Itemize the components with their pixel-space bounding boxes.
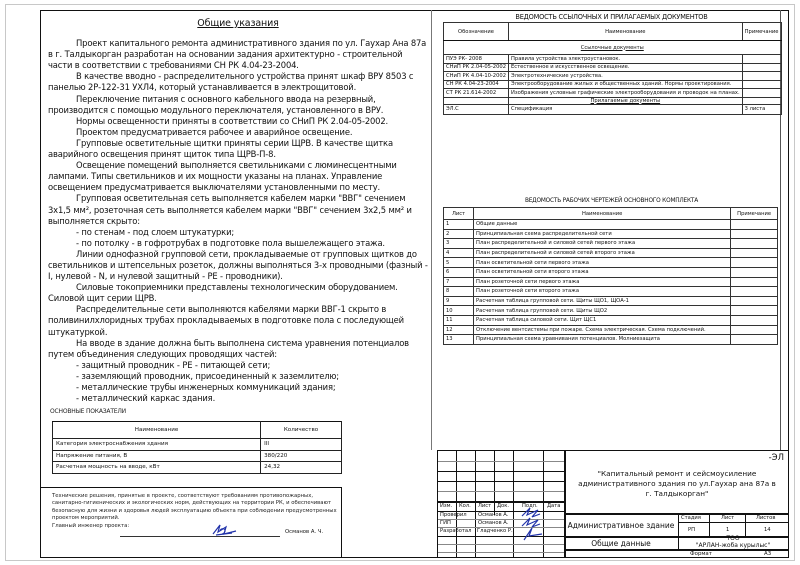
note-list-item: - защитный проводник - PE - питающей сет… (48, 360, 428, 371)
reference-docs-table: Обозначение Наименование Примечание Ссыл… (443, 22, 782, 115)
note-list-item: - металлический каркас здания. (48, 393, 428, 404)
section-attached-docs: Прилагаемые документы (509, 97, 743, 104)
sheets-label: Листов (756, 515, 775, 521)
chief-engineer-label: Главный инженер проекта: (52, 523, 129, 529)
table-cell: Расчетная таблица силовой сети. Щит ЩС1 (474, 315, 731, 325)
table-cell: 8 (444, 287, 474, 297)
table-cell: Принципиальная схема уравнивания потенци… (474, 335, 731, 345)
signer-name: Гладченко Р. (477, 528, 513, 534)
key-indicators-title: ОСНОВНЫЕ ПОКАЗАТЕЛИ (50, 408, 126, 415)
note-paragraph: Нормы освещенности приняты в соответстви… (48, 116, 428, 127)
header-note: Примечание (742, 23, 781, 41)
table-cell: 1 (444, 220, 474, 230)
table-cell: Принципиальная схема распределительной с… (474, 229, 731, 239)
table-row: СНиП РК 4.04-10-2002Электротехнические у… (444, 72, 782, 81)
table-cell: ПУЭ РК- 2008 (444, 55, 509, 64)
note-paragraph: Линии однофазной групповой сети, проклад… (48, 249, 428, 282)
table-cell (731, 277, 778, 287)
header-name: Наименование (509, 23, 743, 41)
table-row: 11Расчетная таблица силовой сети. Щит ЩС… (444, 315, 778, 325)
table-cell: 24,32 (261, 462, 342, 474)
table-cell (731, 296, 778, 306)
signer-role: Разработал (440, 528, 471, 534)
note-paragraph: Проект капитального ремонта администрати… (48, 38, 428, 71)
format-value: А3 (764, 551, 771, 557)
table-header-row: Наименование Количество (53, 422, 342, 439)
table-row: 6План осветительной сети второго этажа (444, 267, 778, 277)
table-cell (742, 89, 781, 98)
table-cell: Отключение вентсистемы при пожаре. Схема… (474, 325, 731, 335)
signer-role: ГИП (440, 520, 451, 526)
table-cell: Электротехнические устройства. (509, 72, 743, 81)
table-cell: 5 (444, 258, 474, 268)
col-qty: Кол. (459, 503, 471, 509)
table-row: Расчетная мощность на вводе, кВт24,32 (53, 462, 342, 474)
table-cell (731, 229, 778, 239)
note-list-item: - по стенам - под слоем штукатурки; (48, 227, 428, 238)
stage-label: Стадия (681, 515, 701, 521)
general-notes-body: Проект капитального ремонта администрати… (48, 38, 428, 404)
drawings-list-table: Лист Наименование Примечание 1Общие данн… (443, 207, 778, 345)
table-cell: 3 (444, 239, 474, 249)
table-cell (731, 335, 778, 345)
header-name: Наименование (53, 422, 261, 439)
table-cell: 13 (444, 335, 474, 345)
header-designation: Обозначение (444, 23, 509, 41)
table-cell: Общие данные (474, 220, 731, 230)
column-divider (431, 10, 432, 450)
table-cell (731, 315, 778, 325)
table-cell: Категория электроснабжения здания (53, 439, 261, 451)
chief-engineer-name: Османов А. Ч. (285, 529, 323, 535)
table-cell (742, 72, 781, 81)
table-cell: План осветительной сети первого этажа (474, 258, 731, 268)
table-row: СН РК 4.04-23-2004Электрооборудование жи… (444, 80, 782, 89)
note-paragraph: Проектом предусматривается рабочее и ава… (48, 127, 428, 138)
table-cell: 3 листа (742, 104, 781, 114)
drawings-list-title: ВЕДОМОСТЬ РАБОЧИХ ЧЕРТЕЖЕЙ ОСНОВНОГО КОМ… (445, 198, 778, 204)
sheet-title: Общие данные (564, 539, 678, 548)
table-cell: Правила устройства электроустановок. (509, 55, 743, 64)
sheets-value: 14 (764, 527, 771, 533)
table-row: 12Отключение вентсистемы при пожаре. Схе… (444, 325, 778, 335)
table-cell: Расчетная таблица групповой сети. Щиты Щ… (474, 296, 731, 306)
col-sheet: Лист (478, 503, 491, 509)
table-row: 1Общие данные (444, 220, 778, 230)
table-row: ЭЛ.ССпецификация3 листа (444, 104, 782, 114)
table-row: 3План распределительной и силовой сетей … (444, 239, 778, 249)
table-cell: СНиП РК 4.04-10-2002 (444, 72, 509, 81)
table-cell: План осветительной сети второго этажа (474, 267, 731, 277)
table-cell (731, 306, 778, 316)
table-cell (731, 325, 778, 335)
table-cell (731, 258, 778, 268)
table-cell (742, 63, 781, 72)
table-header-row: Лист Наименование Примечание (444, 208, 778, 220)
object-name: Административное здание (564, 521, 678, 530)
signature-icon (518, 506, 544, 546)
table-cell: 6 (444, 267, 474, 277)
table-cell: 7 (444, 277, 474, 287)
table-row: СНиП РК 2.04-05-2002Естественное и искус… (444, 63, 782, 72)
table-row: Напряжение питания, В380/220 (53, 450, 342, 462)
table-row: 13Принципиальная схема уравнивания потен… (444, 335, 778, 345)
table-row: 2Принципиальная схема распределительной … (444, 229, 778, 239)
sheet-label: Лист (721, 515, 734, 521)
header-note: Примечание (731, 208, 778, 220)
company-type: ТОО (678, 535, 788, 542)
signer-name: Османов А. (478, 512, 509, 518)
note-paragraph: Силовые токоприемники представлены техно… (48, 282, 428, 304)
table-cell: Напряжение питания, В (53, 450, 261, 462)
table-row: 10Расчетная таблица групповой сети. Щиты… (444, 306, 778, 316)
table-cell: Естественное и искусственное освещение. (509, 63, 743, 72)
signer-role: Проверил (440, 512, 467, 518)
company-name: "АРЛАН-жоба курылыс" (678, 542, 788, 549)
table-cell: План розеточной сети первого этажа (474, 277, 731, 287)
format-label: Формат (690, 551, 712, 557)
table-cell: 2 (444, 229, 474, 239)
table-cell: Изображения условные графические электро… (509, 89, 743, 98)
table-row: 9Расчетная таблица групповой сети. Щиты … (444, 296, 778, 306)
section-row: Прилагаемые документы (444, 97, 782, 104)
stage-value: РП (688, 527, 695, 533)
key-indicators-table: Наименование Количество Категория электр… (52, 421, 342, 474)
table-row: СТ РК 21.614-2002Изображения условные гр… (444, 89, 782, 98)
title-block: Изм. Кол. Лист Док. Подп. Дата Проверил … (437, 450, 788, 558)
table-cell: 9 (444, 296, 474, 306)
table-cell (742, 55, 781, 64)
col-date: Дата (547, 503, 560, 509)
table-cell: 11 (444, 315, 474, 325)
table-cell (731, 248, 778, 258)
note-paragraph: Групповые осветительные щитки приняты се… (48, 138, 428, 160)
table-cell: СТ РК 21.614-2002 (444, 89, 509, 98)
table-cell: 12 (444, 325, 474, 335)
table-row: 8План розеточной сети второго этажа (444, 287, 778, 297)
signature-line (120, 536, 280, 537)
table-row: 4План распределительной и силовой сетей … (444, 248, 778, 258)
signature-icon (210, 522, 240, 538)
section-row: Ссылочные документы (444, 41, 782, 55)
note-paragraph: Групповая осветительная сеть выполняется… (48, 193, 428, 226)
note-paragraph: На вводе в здание должна быть выполнена … (48, 338, 428, 360)
table-row: ПУЭ РК- 2008Правила устройства электроус… (444, 55, 782, 64)
compliance-statement: Технические решения, принятые в проекте,… (52, 493, 342, 530)
table-cell: Электрооборудование жилых и общественных… (509, 80, 743, 89)
col-doc: Док. (497, 503, 509, 509)
table-cell: III (261, 439, 342, 451)
table-cell: Спецификация (509, 104, 743, 114)
table-cell (731, 267, 778, 277)
table-row: Категория электроснабжения зданияIII (53, 439, 342, 451)
table-cell: ЭЛ.С (444, 104, 509, 114)
project-title: "Капитальный ремонт и сейсмоусиление адм… (574, 469, 780, 499)
col-change: Изм. (440, 503, 452, 509)
document-code: -ЭЛ (564, 453, 784, 463)
table-cell: 380/220 (261, 450, 342, 462)
table-cell: 10 (444, 306, 474, 316)
header-name: Наименование (474, 208, 731, 220)
general-notes-title: Общие указания (48, 18, 428, 29)
table-cell: СН РК 4.04-23-2004 (444, 80, 509, 89)
table-cell: План распределительной и силовой сетей в… (474, 248, 731, 258)
table-row: 5План осветительной сети первого этажа (444, 258, 778, 268)
table-cell (731, 239, 778, 249)
table-cell (731, 220, 778, 230)
note-paragraph: В качестве вводно - распределительного у… (48, 71, 428, 93)
note-list-item: - по потолку - в гофротрубах в подготовк… (48, 238, 428, 249)
table-cell: План розеточной сети второго этажа (474, 287, 731, 297)
signer-name: Османов А. (478, 520, 509, 526)
note-list-item: - металлические трубы инженерных коммуни… (48, 382, 428, 393)
header-sheet: Лист (444, 208, 474, 220)
table-cell: СНиП РК 2.04-05-2002 (444, 63, 509, 72)
section-referenced-docs: Ссылочные документы (444, 41, 782, 55)
general-notes: Общие указания Проект капитального ремон… (48, 18, 428, 404)
table-header-row: Обозначение Наименование Примечание (444, 23, 782, 41)
table-cell: Расчетная мощность на вводе, кВт (53, 462, 261, 474)
reference-docs-title: ВЕДОМОСТЬ ССЫЛОЧНЫХ И ПРИЛАГАЕМЫХ ДОКУМЕ… (445, 13, 778, 21)
table-cell (731, 287, 778, 297)
header-quantity: Количество (261, 422, 342, 439)
sheet-value: 1 (726, 527, 729, 533)
note-paragraph: Распределительные сети выполняются кабел… (48, 304, 428, 337)
note-paragraph: Переключение питания с основного кабельн… (48, 94, 428, 116)
table-cell: План распределительной и силовой сетей п… (474, 239, 731, 249)
table-row: 7План розеточной сети первого этажа (444, 277, 778, 287)
table-cell: 4 (444, 248, 474, 258)
note-list-item: - заземляющий проводник, присоединенный … (48, 371, 428, 382)
table-cell: Расчетная таблица групповой сети. Щиты Щ… (474, 306, 731, 316)
note-paragraph: Освещение помещений выполняется светильн… (48, 160, 428, 193)
table-cell (742, 80, 781, 89)
